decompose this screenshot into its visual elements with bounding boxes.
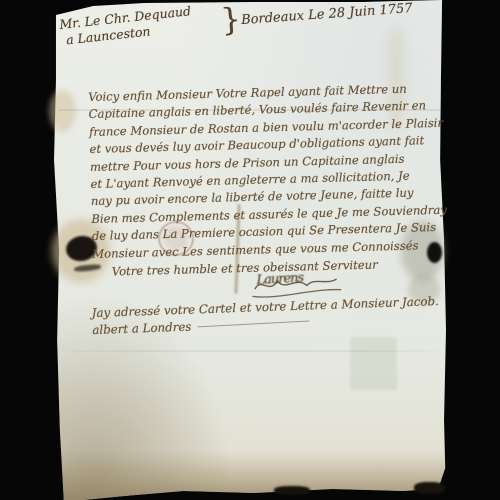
letter-body: Voicy enfin Monsieur Votre Rapel ayant f… — [88, 80, 448, 282]
letter-photograph: Mr. Le Chr. Dequaud a Launceston } Borde… — [0, 0, 500, 500]
address-brace: } — [219, 1, 242, 39]
signature-text: Laurens — [256, 271, 303, 288]
postscript-line: albert a Londres — [92, 320, 191, 337]
postscript-flourish-line — [197, 321, 309, 329]
